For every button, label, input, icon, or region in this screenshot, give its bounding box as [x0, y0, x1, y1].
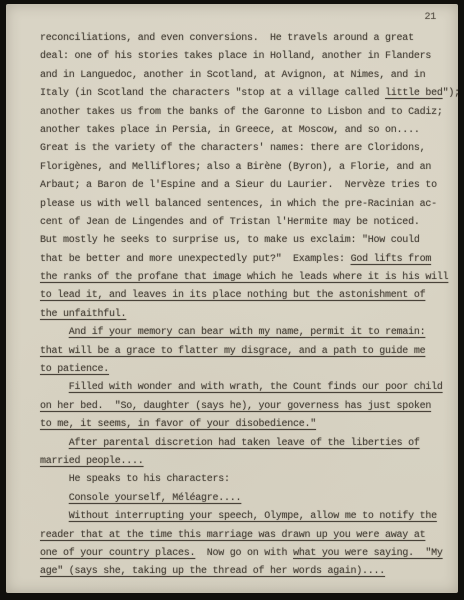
text-line: He speaks to his characters:: [40, 471, 454, 489]
underlined-text: to lead it, and leaves in its place noth…: [40, 290, 425, 301]
page-number: 21: [424, 12, 436, 23]
text-line: age" (says she, taking up the thread of …: [40, 563, 454, 581]
underlined-text: to me, it seems, in favor of your disobe…: [40, 419, 316, 430]
plain-text: [40, 493, 69, 504]
plain-text: Now go on with: [195, 548, 293, 559]
plain-text: Great is the variety of the characters' …: [40, 143, 425, 154]
photo-frame: 21 reconciliations, and even conversions…: [0, 0, 464, 600]
plain-text: He speaks to his characters:: [40, 474, 230, 485]
plain-text: cent of Jean de Lingendes and of Tristan…: [40, 217, 420, 228]
plain-text: that be better and more unexpectedly put…: [40, 254, 351, 265]
text-line: cent of Jean de Lingendes and of Tristan…: [40, 214, 454, 232]
plain-text: Florigènes, and Melliflores; also a Birè…: [40, 162, 431, 173]
text-line: to lead it, and leaves in its place noth…: [40, 287, 454, 305]
text-line: another takes us from the banks of the G…: [40, 104, 454, 122]
text-line: Console yourself, Méléagre....: [40, 490, 454, 508]
text-line: And if your memory can bear with my name…: [40, 324, 454, 342]
plain-text: deal: one of his stories takes place in …: [40, 51, 431, 62]
text-line: Italy (in Scotland the characters "stop …: [40, 85, 454, 103]
plain-text: [40, 382, 69, 393]
text-line: Arbaut; a Baron de l'Espine and a Sieur …: [40, 177, 454, 195]
text-line: the ranks of the profane that image whic…: [40, 269, 454, 287]
plain-text: [40, 327, 69, 338]
text-line: Great is the variety of the characters' …: [40, 140, 454, 158]
text-line: the unfaithful.: [40, 306, 454, 324]
underlined-text: age" (says she, taking up the thread of …: [40, 566, 385, 577]
underlined-text: reader that at the time this marriage wa…: [40, 530, 425, 541]
underlined-text: one of your country places.: [40, 548, 195, 559]
text-line: to me, it seems, in favor of your disobe…: [40, 416, 454, 434]
document-page: 21 reconciliations, and even conversions…: [6, 4, 458, 593]
plain-text: ");: [443, 88, 460, 99]
text-line: to patience.: [40, 361, 454, 379]
text-line: please us with well balanced sentences, …: [40, 196, 454, 214]
text-line: After parental discretion had taken leav…: [40, 435, 454, 453]
text-line: Without interrupting your speech, Olympe…: [40, 508, 454, 526]
underlined-text: what you were saying. "My: [293, 548, 443, 559]
text-line: and in Languedoc, another in Scotland, a…: [40, 67, 454, 85]
text-line: Filled with wonder and with wrath, the C…: [40, 379, 454, 397]
underlined-text: Without interrupting your speech, Olympe…: [69, 511, 437, 522]
plain-text: please us with well balanced sentences, …: [40, 199, 437, 210]
underlined-text: married people....: [40, 456, 144, 467]
text-line: on her bed. "So, daughter (says he), you…: [40, 398, 454, 416]
underlined-text: After parental discretion had taken leav…: [69, 438, 420, 449]
underlined-text: little bed: [385, 88, 443, 99]
text-line: But mostly he seeks to surprise us, to m…: [40, 232, 454, 250]
plain-text: reconciliations, and even conversions. H…: [40, 33, 414, 44]
underlined-text: the unfaithful.: [40, 309, 126, 320]
text-line: that be better and more unexpectedly put…: [40, 251, 454, 269]
text-line: one of your country places. Now go on wi…: [40, 545, 454, 563]
text-line: another takes place in Persia, in Greece…: [40, 122, 454, 140]
text-line: Florigènes, and Melliflores; also a Birè…: [40, 159, 454, 177]
underlined-text: Console yourself, Méléagre....: [69, 493, 242, 504]
plain-text: and in Languedoc, another in Scotland, a…: [40, 70, 425, 81]
plain-text: [40, 438, 69, 449]
underlined-text: the ranks of the profane that image whic…: [40, 272, 448, 283]
text-line: reconciliations, and even conversions. H…: [40, 30, 454, 48]
plain-text: Italy (in Scotland the characters "stop …: [40, 88, 385, 99]
page-text: reconciliations, and even conversions. H…: [40, 30, 454, 582]
underlined-text: God lifts from: [351, 254, 432, 265]
plain-text: [40, 511, 69, 522]
underlined-text: on her bed. "So, daughter (says he), you…: [40, 401, 431, 412]
plain-text: Arbaut; a Baron de l'Espine and a Sieur …: [40, 180, 437, 191]
plain-text: another takes place in Persia, in Greece…: [40, 125, 420, 136]
text-line: married people....: [40, 453, 454, 471]
plain-text: another takes us from the banks of the G…: [40, 107, 443, 118]
text-line: reader that at the time this marriage wa…: [40, 527, 454, 545]
underlined-text: And if your memory can bear with my name…: [69, 327, 426, 338]
underlined-text: that will be a grace to flatter my disgr…: [40, 346, 425, 357]
text-line: deal: one of his stories takes place in …: [40, 48, 454, 66]
underlined-text: to patience.: [40, 364, 109, 375]
text-line: that will be a grace to flatter my disgr…: [40, 343, 454, 361]
underlined-text: Filled with wonder and with wrath, the C…: [69, 382, 443, 393]
plain-text: But mostly he seeks to surprise us, to m…: [40, 235, 420, 246]
